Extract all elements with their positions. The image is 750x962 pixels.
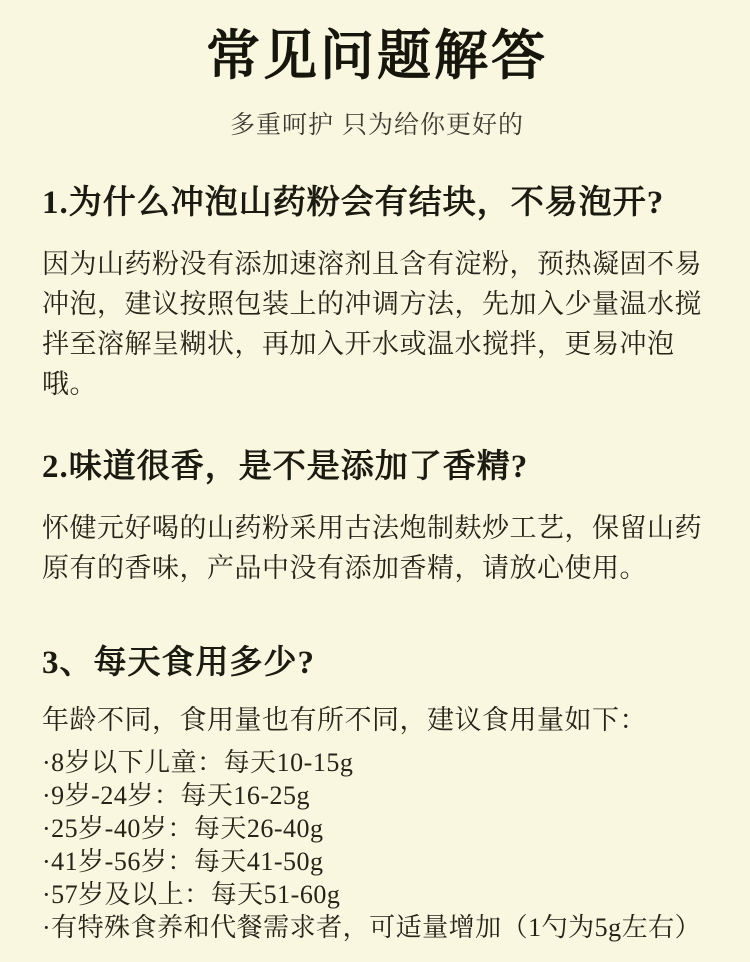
faq-section-3: 3、每天食用多少? 年龄不同，食用量也有所不同，建议食用量如下： ·8岁以下儿童…: [42, 640, 712, 944]
faq-section-1: 1.为什么冲泡山药粉会有结块，不易泡开? 因为山药粉没有添加速溶剂且含有淀粉，预…: [42, 180, 712, 404]
question-2-heading: 2.味道很香，是不是添加了香精?: [42, 444, 712, 490]
dosage-item-41-56: ·41岁-56岁：每天41-50g: [42, 845, 712, 878]
faq-page: 常见问题解答 多重呵护 只为给你更好的 1.为什么冲泡山药粉会有结块，不易泡开?…: [0, 0, 750, 962]
dosage-item-57-plus: ·57岁及以上：每天51-60g: [42, 878, 712, 911]
dosage-item-9-24: ·9岁-24岁：每天16-25g: [42, 779, 712, 812]
question-1-heading: 1.为什么冲泡山药粉会有结块，不易泡开?: [42, 180, 712, 226]
faq-section-2: 2.味道很香，是不是添加了香精? 怀健元好喝的山药粉采用古法炮制麸炒工艺，保留山…: [42, 444, 712, 588]
dosage-item-25-40: ·25岁-40岁：每天26-40g: [42, 812, 712, 845]
answer-2-text: 怀健元好喝的山药粉采用古法炮制麸炒工艺，保留山药原有的香味，产品中没有添加香精，…: [42, 508, 712, 588]
answer-3-intro-text: 年龄不同，食用量也有所不同，建议食用量如下：: [42, 700, 712, 740]
dosage-item-special-needs: ·有特殊食养和代餐需求者，可适量增加（1勺为5g左右）: [42, 911, 712, 944]
dosage-item-children: ·8岁以下儿童：每天10-15g: [42, 746, 712, 779]
dosage-list: ·8岁以下儿童：每天10-15g ·9岁-24岁：每天16-25g ·25岁-4…: [42, 746, 712, 944]
answer-1-text: 因为山药粉没有添加速溶剂且含有淀粉，预热凝固不易冲泡，建议按照包装上的冲调方法，…: [42, 244, 712, 404]
question-3-heading: 3、每天食用多少?: [42, 640, 712, 686]
page-title: 常见问题解答: [42, 28, 712, 84]
page-subtitle: 多重呵护 只为给你更好的: [42, 108, 712, 142]
